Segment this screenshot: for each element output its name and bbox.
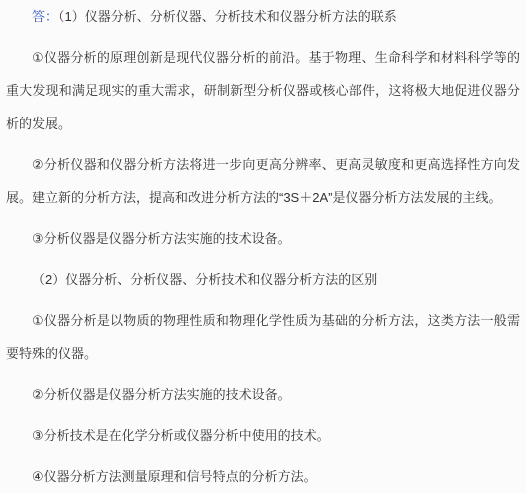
answer-label: 答： xyxy=(32,9,58,24)
answer-document: 答：（1）仪器分析、分析仪器、分析技术和仪器分析方法的联系 ①仪器分析的原理创新… xyxy=(0,0,526,493)
answer-heading-connection: 答：（1）仪器分析、分析仪器、分析技术和仪器分析方法的联系 xyxy=(6,0,520,33)
paragraph-point1-connection: ①仪器分析的原理创新是现代仪器分析的前沿。基于物理、生命科学和材料科学等的重大发… xyxy=(6,41,520,140)
paragraph-point3-connection: ③分析仪器是仪器分析方法实施的技术设备。 xyxy=(6,222,520,255)
paragraph-point3-difference: ③分析技术是在化学分析或仪器分析中使用的技术。 xyxy=(6,419,520,452)
paragraph-point1-difference: ①仪器分析是以物质的物理性质和物理化学性质为基础的分析方法，这类方法一般需要特殊… xyxy=(6,304,520,370)
answer-heading-connection-text: （1）仪器分析、分析仪器、分析技术和仪器分析方法的联系 xyxy=(58,9,397,24)
paragraph-point2-difference: ②分析仪器是仪器分析方法实施的技术设备。 xyxy=(6,378,520,411)
paragraph-point2-connection: ②分析仪器和仪器分析方法将进一步向更高分辨率、更高灵敏度和更高选择性方向发展。建… xyxy=(6,148,520,214)
paragraph-point4-difference: ④仪器分析方法测量原理和信号特点的分析方法。 xyxy=(6,460,520,493)
answer-heading-difference: （2）仪器分析、分析仪器、分析技术和仪器分析方法的区别 xyxy=(6,263,520,296)
